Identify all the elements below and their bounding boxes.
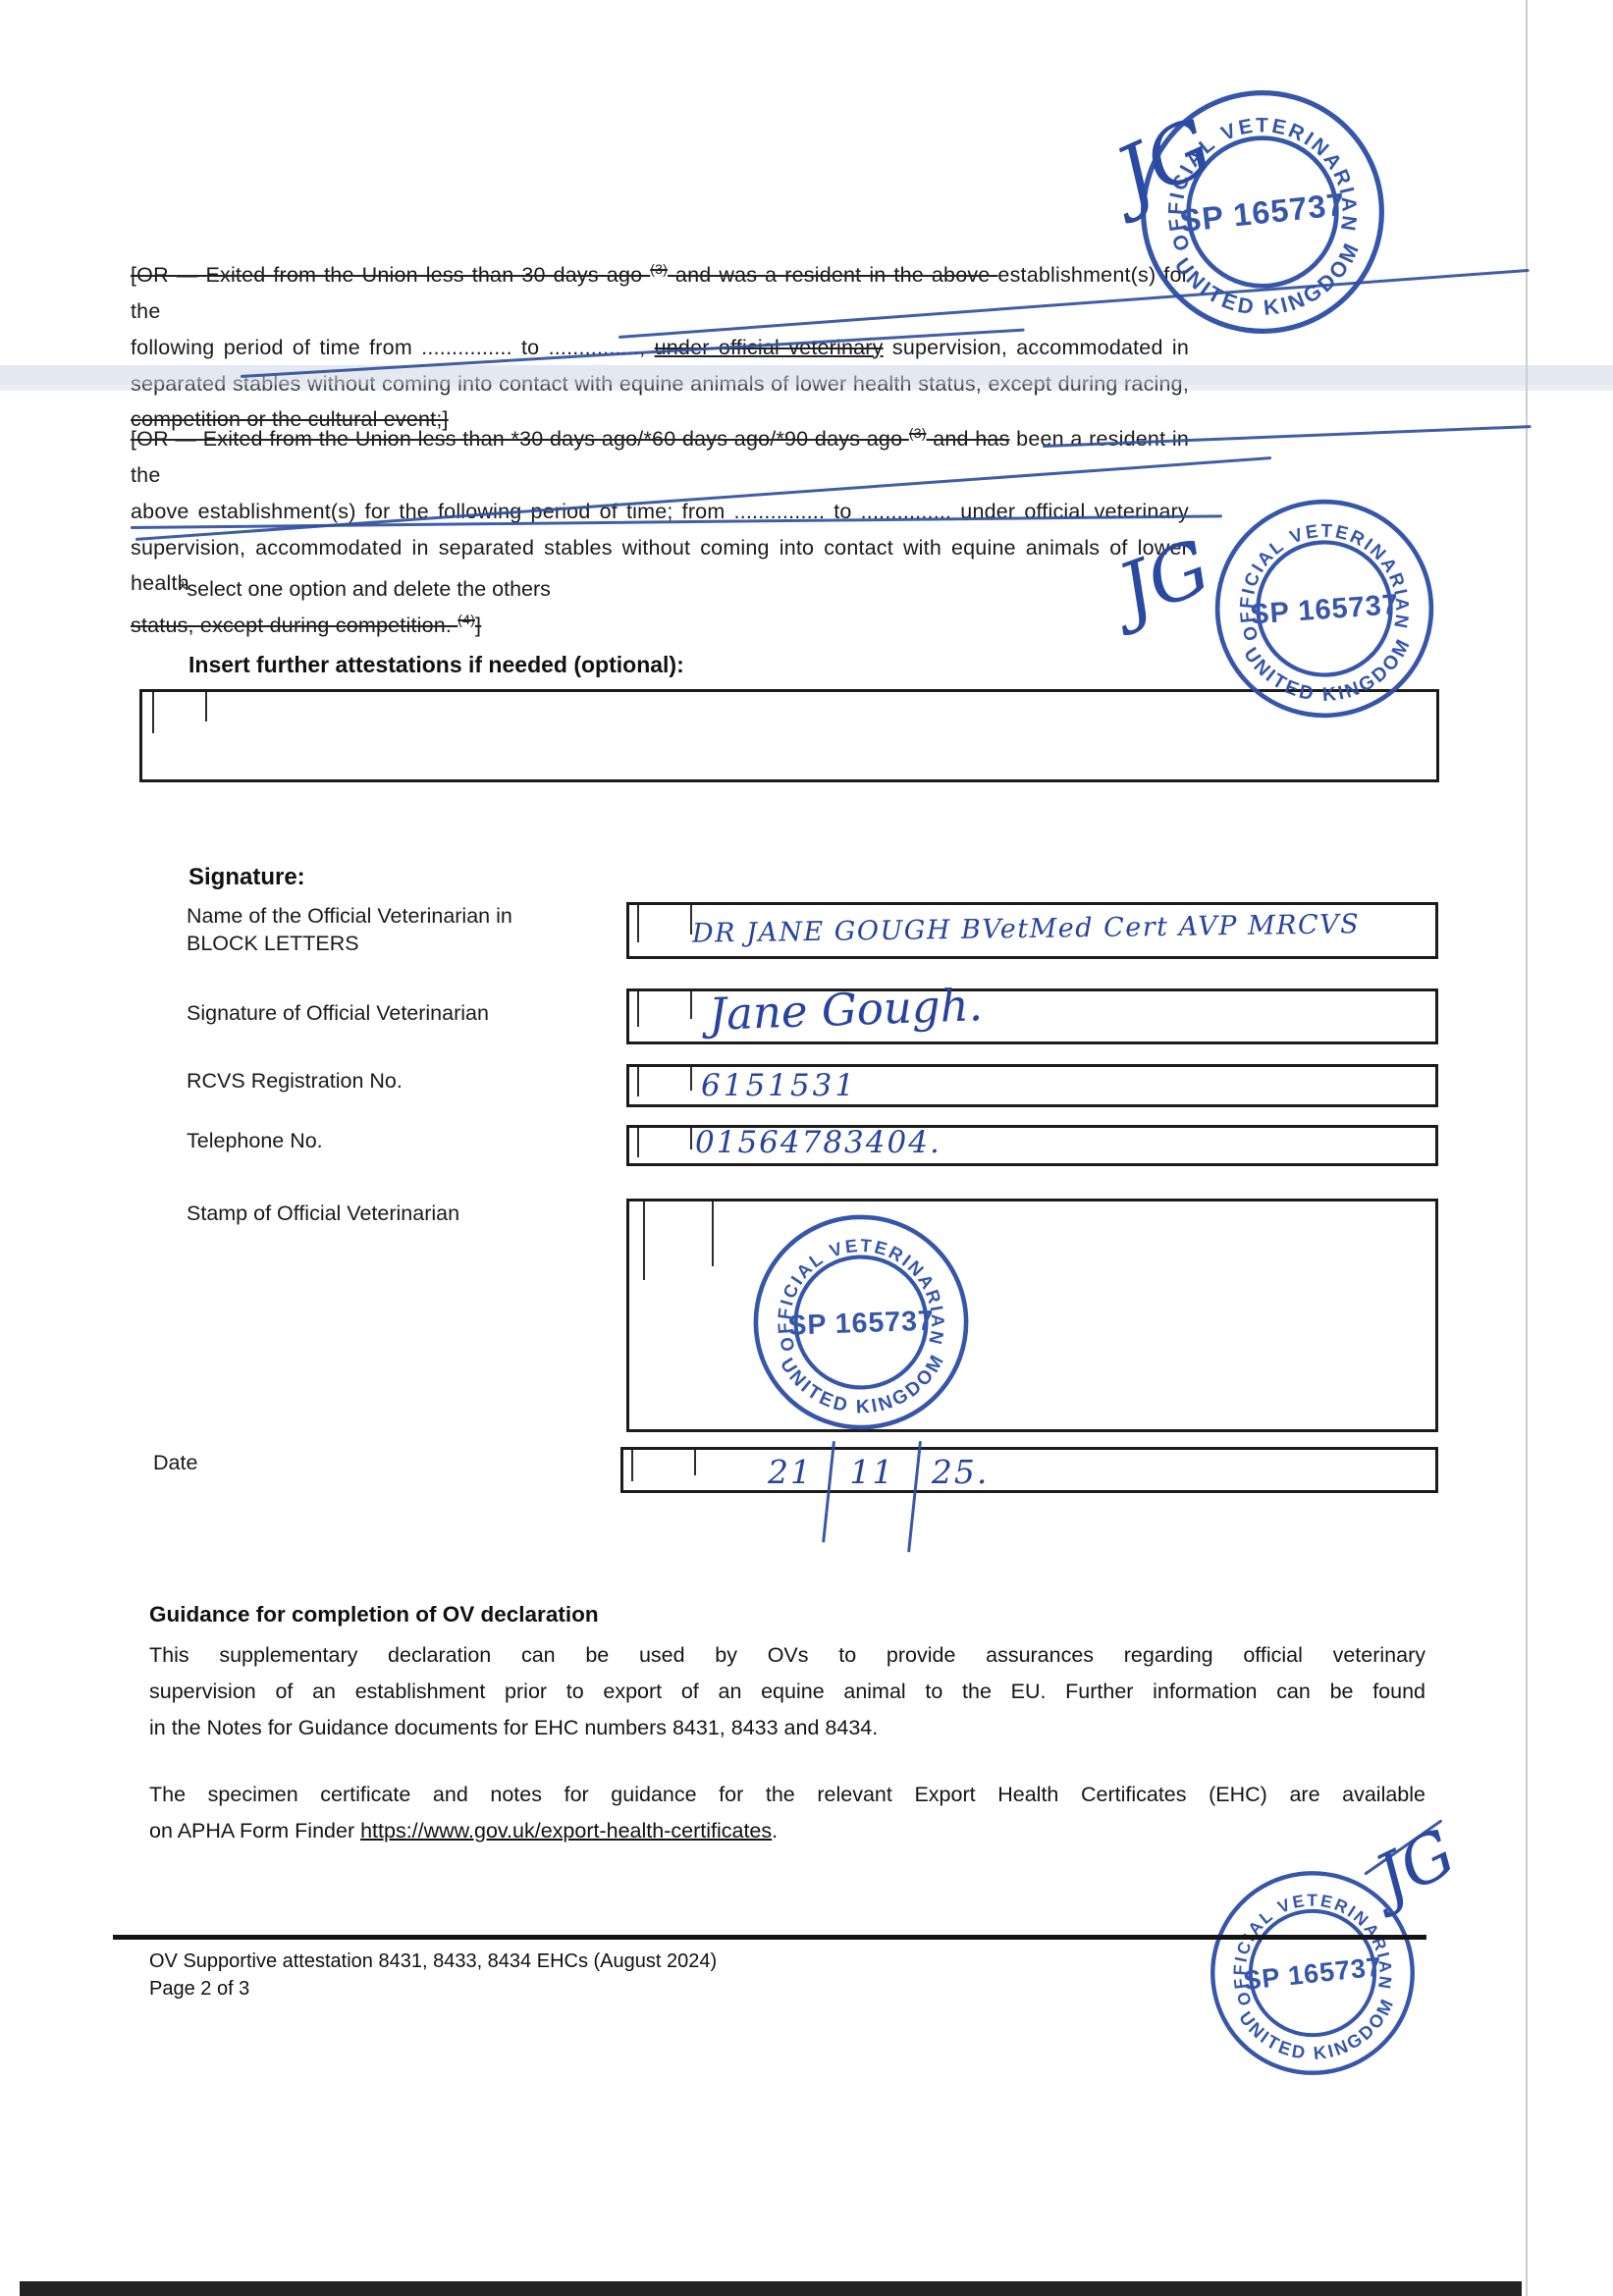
pen-tick	[637, 1067, 639, 1096]
svg-text:SP 165737: SP 165737	[1249, 589, 1400, 631]
telephone-value-handwritten: 01564783404.	[695, 1125, 941, 1160]
scan-streak	[0, 385, 1613, 391]
pen-tick	[152, 692, 154, 733]
signature-label: Signature of Official Veterinarian	[187, 1001, 489, 1026]
paragraph-line: status, except during competition. (4)]	[131, 602, 1189, 644]
scanned-page: [OR — Exited from the Union less than 30…	[0, 0, 1613, 2296]
select-option-note: *select one option and delete the others	[179, 577, 551, 602]
paragraph-or-exited-30days: [OR — Exited from the Union less than 30…	[131, 251, 1189, 438]
official-veterinarian-stamp: OFFICIAL VETERINARIAN UNITED KINGDOM SP …	[1190, 1850, 1436, 2097]
official-veterinarian-stamp: OFFICIAL VETERINARIAN UNITED KINGDOM SP …	[739, 1201, 983, 1444]
official-veterinarian-stamp: OFFICIAL VETERINARIAN UNITED KINGDOM SP …	[1197, 481, 1452, 736]
pen-tick	[637, 1128, 639, 1157]
footer-rule	[113, 1935, 1426, 1940]
rcvs-label: RCVS Registration No.	[187, 1069, 403, 1094]
pen-tick	[690, 991, 692, 1019]
date-field	[620, 1447, 1438, 1493]
signature-handwritten: Jane Gough.	[708, 979, 984, 1041]
guidance-paragraph: This supplementary declaration can be us…	[149, 1637, 1425, 1746]
rcvs-value-handwritten: 6151531	[701, 1068, 857, 1103]
stamp-label: Stamp of Official Veterinarian	[187, 1201, 459, 1226]
pen-tick	[637, 905, 639, 942]
telephone-label: Telephone No.	[187, 1129, 323, 1153]
scan-bottom-band	[20, 2281, 1522, 2296]
guidance-heading: Guidance for completion of OV declaratio…	[149, 1602, 599, 1628]
name-of-ov-label-2: BLOCK LETTERS	[187, 932, 359, 956]
svg-text:SP 165737: SP 165737	[1242, 1950, 1383, 1996]
svg-text:SP 165737: SP 165737	[1178, 187, 1347, 239]
pen-tick	[694, 1450, 696, 1475]
pen-tick	[643, 1201, 645, 1280]
svg-text:SP 165737: SP 165737	[787, 1306, 935, 1342]
date-label: Date	[153, 1451, 197, 1475]
signature-heading: Signature:	[188, 864, 305, 891]
pen-tick	[637, 991, 639, 1027]
attestations-heading: Insert further attestations if needed (o…	[188, 652, 684, 678]
name-of-ov-label: Name of the Official Veterinarian in	[187, 904, 512, 929]
pen-tick	[690, 1128, 692, 1149]
specimen-paragraph: The specimen certificate and notes for g…	[149, 1777, 1425, 1849]
pen-tick	[712, 1201, 714, 1266]
date-value-handwritten: 21 11 25.	[768, 1453, 989, 1491]
ehc-link[interactable]: https://www.gov.uk/export-health-certifi…	[360, 1819, 772, 1842]
pen-tick	[690, 1067, 692, 1091]
official-veterinarian-stamp: OFFICIAL VETERINARIAN UNITED KINGDOM SP …	[1116, 66, 1410, 359]
footer-doc-title: OV Supportive attestation 8431, 8433, 84…	[149, 1948, 717, 1975]
pen-tick	[205, 692, 207, 721]
scan-edge-line	[1526, 0, 1528, 2296]
pen-tick	[631, 1450, 633, 1481]
paragraph-line: [OR — Exited from the Union less than 30…	[131, 251, 1189, 330]
paragraph-line: [OR — Exited from the Union less than *3…	[131, 415, 1189, 494]
footer-page-number: Page 2 of 3	[149, 1975, 249, 2002]
